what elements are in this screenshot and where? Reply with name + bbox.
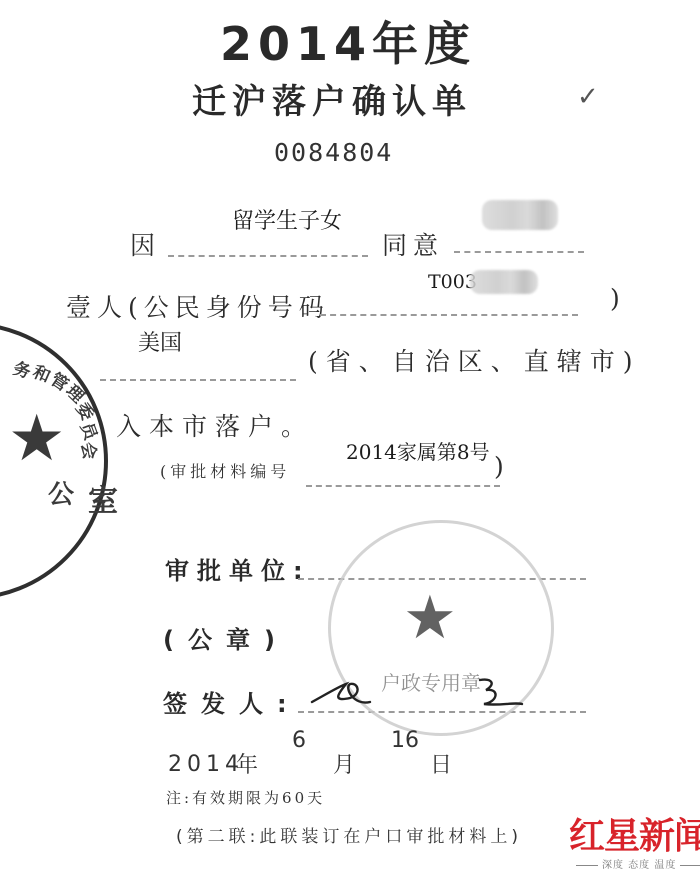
reason-value: 留学生子女 — [232, 204, 342, 235]
watermark-logo: 红星新闻 — [569, 808, 700, 859]
material-close-paren: ) — [494, 452, 510, 481]
stamp-star-icon: ★ — [403, 583, 457, 653]
date-year: 2014 — [168, 752, 244, 777]
approval-unit-label: 审批单位: — [165, 551, 311, 586]
year-title: 2014年度 — [220, 8, 476, 74]
validity-note: 注:有效期限为60天 — [166, 787, 325, 808]
left-official-stamp: ★ 务 和 管 理 委 员 会 公 室 — [0, 322, 108, 600]
watermark-tagline: 深度 态度 温度 — [572, 856, 700, 871]
copy-note: (第二联:此联装订在户口审批材料上) — [176, 822, 522, 847]
material-value: 2014家属第8号 — [346, 436, 490, 465]
stamp-left-char-7: 会 — [77, 440, 105, 461]
signature-scribble — [310, 672, 530, 712]
seal-label: (公章) — [163, 620, 289, 655]
check-mark-icon: ✓ — [577, 82, 599, 112]
id-close-paren: ) — [610, 284, 626, 313]
consent-label: 同意 — [382, 226, 444, 262]
reason-prefix: 因 — [130, 226, 161, 262]
id-underline — [320, 314, 578, 316]
stamp-star-icon: ★ — [8, 402, 65, 476]
issuer-label: 签发人: — [163, 684, 301, 719]
stamp-left-char-9: 公 — [48, 474, 74, 511]
redacted-id — [470, 270, 538, 294]
redacted-name — [482, 200, 558, 230]
date-day: 16 — [391, 728, 419, 753]
material-underline — [306, 485, 500, 487]
date-month-unit: 月 — [333, 748, 355, 779]
reason-underline — [168, 255, 368, 257]
origin-value: 美国 — [138, 326, 182, 357]
serial-number: 0084804 — [274, 138, 393, 167]
stamp-left-char-10: 室 — [88, 476, 118, 520]
date-month: 6 — [292, 728, 306, 753]
material-label: (审批材料编号 — [160, 459, 290, 482]
settle-text: 入本市落户。 — [116, 407, 314, 443]
date-day-unit: 日 — [430, 748, 452, 779]
origin-underline — [100, 379, 296, 381]
origin-suffix: (省、自治区、直辖市) — [308, 342, 641, 378]
date-year-unit: 年 — [236, 748, 258, 779]
person-id-label: 壹人(公民身份号码 — [66, 288, 330, 324]
form-title: 迁沪落户确认单 — [192, 74, 472, 123]
consent-underline — [454, 251, 584, 253]
